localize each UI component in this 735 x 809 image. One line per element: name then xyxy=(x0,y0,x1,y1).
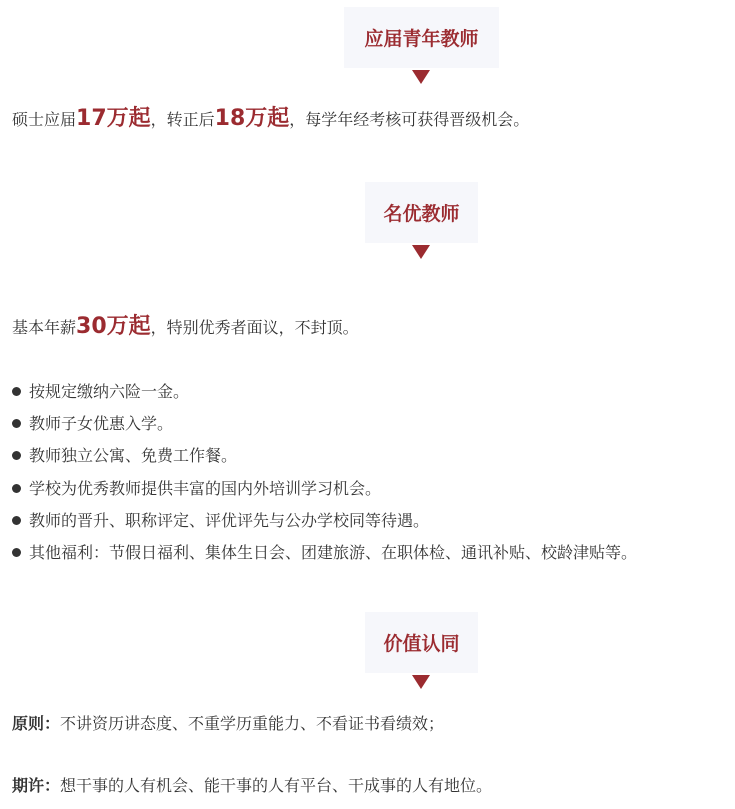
fresh-teacher-salary-text: 硕士应届17万起，转正后18万起，每学年经考核可获得晋级机会。 xyxy=(12,108,529,131)
principle-text: 原则：不讲资历讲态度、不重学历重能力、不看证书看绩效； xyxy=(12,713,444,735)
salary-highlight: 18万起 xyxy=(215,106,290,131)
list-item: 按规定缴纳六险一金。 xyxy=(12,381,189,403)
list-item: 教师子女优惠入学。 xyxy=(12,413,173,435)
section-title: 名优教师 xyxy=(383,199,459,226)
list-item: 其他福利：节假日福利、集体生日会、团建旅游、在职体检、通讯补贴、校龄津贴等。 xyxy=(12,542,637,564)
excellent-teacher-salary-text: 基本年薪30万起，特别优秀者面议，不封顶。 xyxy=(12,316,359,339)
salary-highlight: 30万起 xyxy=(76,314,151,339)
section-title: 应届青年教师 xyxy=(364,24,478,51)
section-heading-values: 价值认同 xyxy=(365,612,478,673)
down-arrow-icon xyxy=(412,245,430,259)
list-item: 教师独立公寓、免费工作餐。 xyxy=(12,445,237,467)
down-arrow-icon xyxy=(412,70,430,84)
down-arrow-icon xyxy=(412,675,430,689)
section-heading-fresh-teacher: 应届青年教师 xyxy=(344,7,499,68)
section-title: 价值认同 xyxy=(383,629,459,656)
bullet-icon xyxy=(12,419,21,428)
salary-highlight: 17万起 xyxy=(76,106,151,131)
bullet-icon xyxy=(12,484,21,493)
bullet-icon xyxy=(12,516,21,525)
expectation-text: 期许：想干事的人有机会、能干事的人有平台、干成事的人有地位。 xyxy=(12,775,492,797)
list-item: 教师的晋升、职称评定、评优评先与公办学校同等待遇。 xyxy=(12,510,429,532)
bullet-icon xyxy=(12,548,21,557)
bullet-icon xyxy=(12,387,21,396)
bullet-icon xyxy=(12,451,21,460)
section-heading-excellent-teacher: 名优教师 xyxy=(365,182,478,243)
list-item: 学校为优秀教师提供丰富的国内外培训学习机会。 xyxy=(12,478,381,500)
